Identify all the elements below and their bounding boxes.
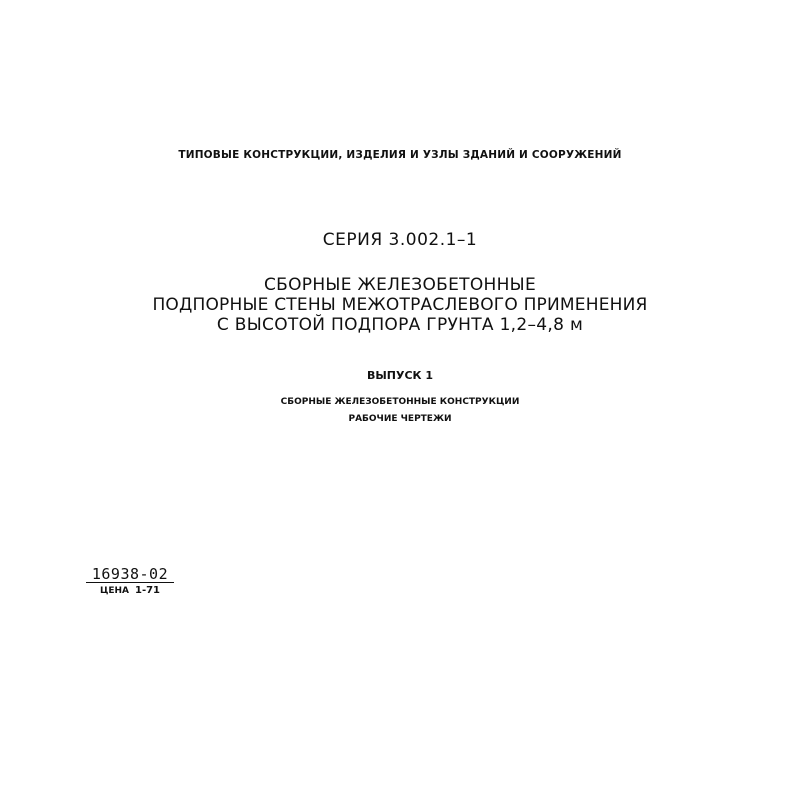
price-label: ЦЕНА [100,586,129,596]
issue-subtitle-2: РАБОЧИЕ ЧЕРТЕЖИ [0,414,800,424]
series-number: СЕРИЯ 3.002.1–1 [0,230,800,250]
title-line-3: С ВЫСОТОЙ ПОДПОРА ГРУНТА 1,2–4,8 м [0,315,800,335]
price-value: 1-71 [135,585,160,596]
issue-subtitle-1: СБОРНЫЕ ЖЕЛЕЗОБЕТОННЫЕ КОНСТРУКЦИИ [0,397,800,407]
catalog-code: 16938-02 [86,566,174,583]
price: ЦЕНА1-71 [86,585,174,596]
issue-label: ВЫПУСК 1 [0,369,800,382]
title-line-1: СБОРНЫЕ ЖЕЛЕЗОБЕТОННЫЕ [0,275,800,295]
catalog-stamp: 16938-02 ЦЕНА1-71 [86,566,174,596]
publication-category: ТИПОВЫЕ КОНСТРУКЦИИ, ИЗДЕЛИЯ И УЗЛЫ ЗДАН… [0,149,800,161]
title-line-2: ПОДПОРНЫЕ СТЕНЫ МЕЖОТРАСЛЕВОГО ПРИМЕНЕНИ… [0,295,800,315]
